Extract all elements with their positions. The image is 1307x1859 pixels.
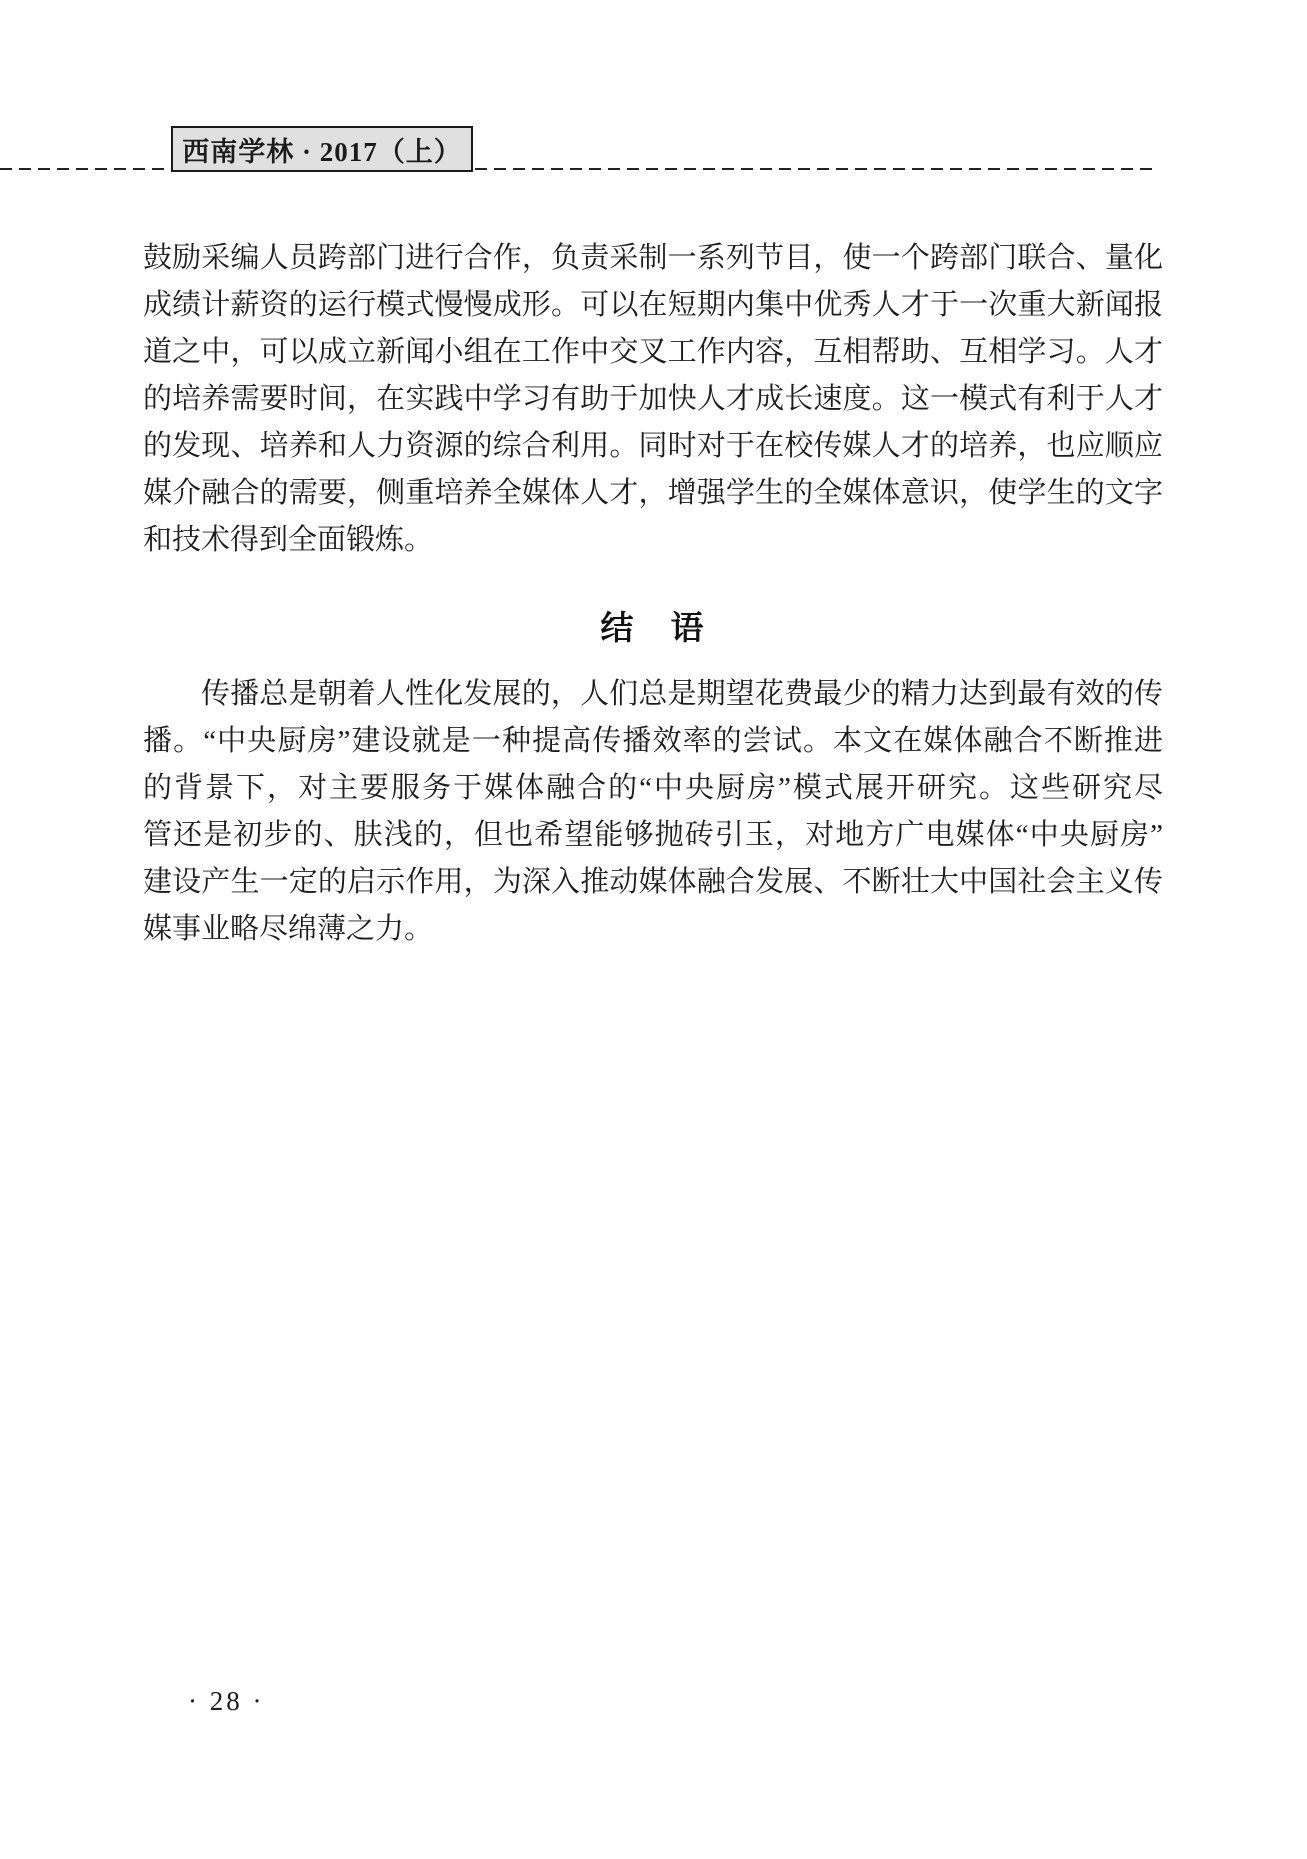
text-line: 成绩计薪资的运行模式慢慢成形。可以在短期内集中优秀人才于一次重大新闻报 [143, 282, 1163, 329]
text-line: 媒事业略尽绵薄之力。 [143, 906, 1163, 953]
document-page: 西南学林 · 2017（上） 鼓励采编人员跨部门进行合作，负责采制一系列节目，使… [0, 0, 1307, 1859]
text-line: 播。“中央厨房”建设就是一种提高传播效率的尝试。本文在媒体融合不断推进 [143, 718, 1163, 765]
text-line: 管还是初步的、肤浅的，但也希望能够抛砖引玉，对地方广电媒体“中央厨房” [143, 812, 1163, 859]
body-paragraph-1: 鼓励采编人员跨部门进行合作，负责采制一系列节目，使一个跨部门联合、量化成绩计薪资… [143, 235, 1163, 564]
body-paragraph-2: 传播总是朝着人性化发展的，人们总是期望花费最少的精力达到最有效的传播。“中央厨房… [143, 671, 1163, 953]
text-line: 鼓励采编人员跨部门进行合作，负责采制一系列节目，使一个跨部门联合、量化 [143, 235, 1163, 282]
body-text-column: 鼓励采编人员跨部门进行合作，负责采制一系列节目，使一个跨部门联合、量化成绩计薪资… [143, 235, 1163, 953]
conclusion-heading: 结 语 [143, 608, 1163, 671]
page-number: · 28 · [188, 1686, 264, 1717]
text-line: 道之中，可以成立新闻小组在工作中交叉工作内容，互相帮助、互相学习。人才 [143, 329, 1163, 376]
text-line: 媒介融合的需要，侧重培养全媒体人才，增强学生的全媒体意识，使学生的文字 [143, 470, 1163, 517]
text-line: 传播总是朝着人性化发展的，人们总是期望花费最少的精力达到最有效的传 [143, 671, 1163, 718]
text-line: 建设产生一定的启示作用，为深入推动媒体融合发展、不断壮大中国社会主义传 [143, 859, 1163, 906]
text-line: 的发现、培养和人力资源的综合利用。同时对于在校传媒人才的培养，也应顺应 [143, 423, 1163, 470]
text-line: 的背景下，对主要服务于媒体融合的“中央厨房”模式展开研究。这些研究尽 [143, 765, 1163, 812]
journal-header-box: 西南学林 · 2017（上） [171, 126, 473, 172]
text-line: 和技术得到全面锻炼。 [143, 517, 1163, 564]
text-line: 的培养需要时间，在实践中学习有助于加快人才成长速度。这一模式有利于人才 [143, 376, 1163, 423]
journal-title: 西南学林 · 2017（上） [182, 130, 462, 169]
